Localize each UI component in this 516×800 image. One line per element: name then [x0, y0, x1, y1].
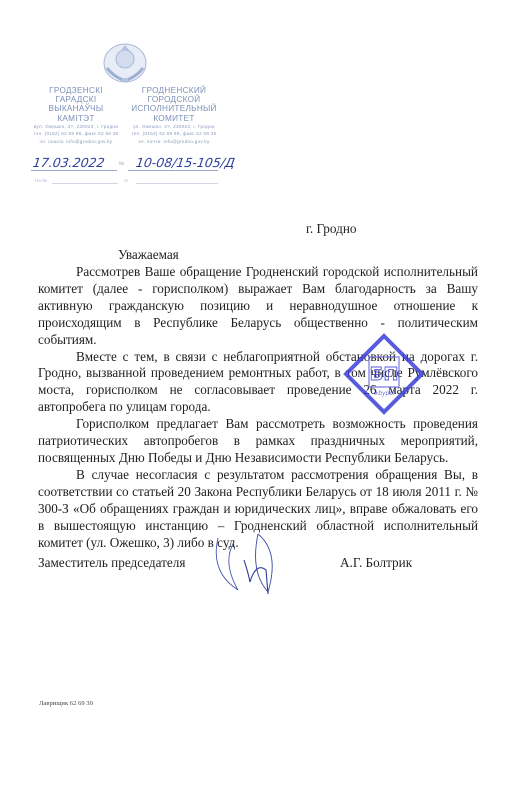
svg-text:БП: БП: [370, 364, 399, 385]
reference-date-label: от: [124, 178, 128, 183]
document-date: 17.03.2022: [32, 155, 106, 170]
org-address-line: ул. Ожешко, 3?, 230023, г. Гродно: [124, 124, 224, 130]
state-emblem-icon: [101, 42, 149, 86]
signatory-name: А.Г. Болтрик: [340, 555, 412, 571]
city-label: г. Гродно: [306, 221, 356, 237]
salutation: Уважаемая: [118, 247, 179, 263]
org-name-line: комитет: [124, 114, 224, 123]
document-number: 10-08/15-105/Д: [135, 155, 236, 170]
org-email-line: эл. почта: info@grodno.gov.by: [124, 139, 224, 145]
signatory-position: Заместитель председателя: [38, 555, 185, 571]
letterhead-russian: Гродненский городской исполнительный ком…: [124, 86, 224, 145]
org-name-line: выканаўчы: [30, 104, 122, 113]
org-name-line: исполнительный: [124, 104, 224, 113]
svg-text:#bypol: #bypol: [373, 390, 395, 397]
reference-number-label: На №: [35, 178, 47, 183]
org-phone-line: тел. (0152) 62 69 96, факс 62 69 35: [124, 131, 224, 137]
number-sign-label: №: [119, 161, 124, 167]
org-name-line: Гродненский: [124, 86, 224, 95]
letterhead-belarusian: Гродзенскі гарадскі выканаўчы камітэт ву…: [30, 86, 122, 145]
org-phone-line: тэл. (0152) 62 69 96, факс 62 69 35: [30, 131, 122, 137]
paragraph-proposal: Горисполком предлагает Вам рассмотреть в…: [38, 416, 478, 467]
watermark-logo-icon: БП #bypol: [343, 333, 425, 415]
org-email-line: эл. пошта: info@grodno.gov.by: [30, 139, 122, 145]
org-name-line: Гродзенскі: [30, 86, 122, 95]
date-underline: [31, 170, 117, 171]
number-underline: [128, 170, 218, 171]
signature-icon: [210, 532, 290, 602]
org-address-line: вул. Ожешко, 3?, 230023, г. Гродна: [30, 124, 122, 130]
reference-number-line: [52, 183, 118, 184]
org-name-line: камітэт: [30, 114, 122, 123]
executor-contact: Лаврищик 62 69 30: [39, 700, 93, 707]
reference-date-line: [136, 183, 218, 184]
